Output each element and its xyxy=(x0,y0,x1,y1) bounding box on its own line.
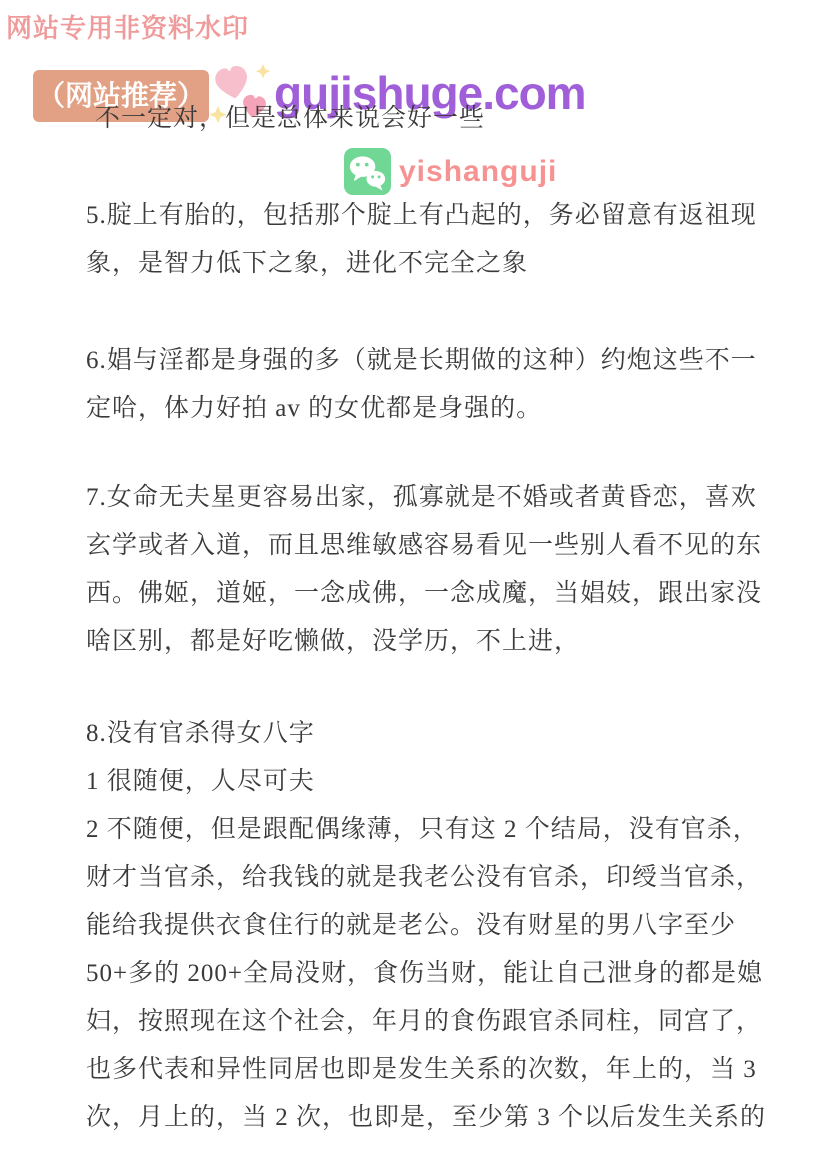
text-line: 5.腚上有胎的，包括那个腚上有凸起的，务必留意有返祖现 xyxy=(86,192,746,240)
text-line: 7.女命无夫星更容易出家，孤寡就是不婚或者黄昏恋，喜欢 xyxy=(86,474,746,522)
text-line: 西。佛姬，道姬，一念成佛，一念成魔，当娼妓，跟出家没 xyxy=(86,570,746,618)
text-line: 50+多的 200+全局没财，食伤当财，能让自己泄身的都是媳 xyxy=(86,950,746,998)
text-line: 也多代表和异性同居也即是发生关系的次数，年上的，当 3 xyxy=(86,1046,746,1094)
wechat-icon xyxy=(344,148,391,195)
paragraph-6: 6.娼与淫都是身强的多（就是长期做的这种）约炮这些不一 定哈，体力好拍 av 的… xyxy=(86,337,746,433)
text-line: 玄学或者入道，而且思维敏感容易看见一些别人看不见的东 xyxy=(86,522,746,570)
scanned-document-page: { "watermark": { "top_text": "网站专用非资料水印"… xyxy=(0,0,822,1168)
text-line: 财才当官杀，给我钱的就是我老公没有官杀，印绶当官杀， xyxy=(86,854,746,902)
text-line: 定哈，体力好拍 av 的女优都是身强的。 xyxy=(86,385,746,433)
wechat-handle-text: yishanguji xyxy=(399,155,557,189)
watermark-text: 网站专用非资料水印 xyxy=(6,8,249,45)
text-line: 象，是智力低下之象，进化不完全之象 xyxy=(86,240,746,288)
text-line: 啥区别，都是好吃懒做，没学历，不上进， xyxy=(86,618,746,666)
wechat-watermark: yishanguji xyxy=(344,148,557,195)
paragraph-7: 7.女命无夫星更容易出家，孤寡就是不婚或者黄昏恋，喜欢 玄学或者入道，而且思维敏… xyxy=(86,474,746,666)
text-line: 2 不随便，但是跟配偶缘薄，只有这 2 个结局，没有官杀， xyxy=(86,806,746,854)
text-line: 次，月上的，当 2 次，也即是，至少第 3 个以后发生关系的 xyxy=(86,1094,746,1142)
intro-text-line: 不一定对，但是总体来说会好一些 xyxy=(95,98,485,134)
text-line: 1 很随便，人尽可夫 xyxy=(86,758,746,806)
paragraph-8: 8.没有官杀得女八字 1 很随便，人尽可夫 2 不随便，但是跟配偶缘薄，只有这 … xyxy=(86,710,746,1142)
text-line: 能给我提供衣食住行的就是老公。没有财星的男八字至少 xyxy=(86,902,746,950)
text-line: 6.娼与淫都是身强的多（就是长期做的这种）约炮这些不一 xyxy=(86,337,746,385)
text-line: 妇，按照现在这个社会，年月的食伤跟官杀同柱，同宫了， xyxy=(86,998,746,1046)
paragraph-5: 5.腚上有胎的，包括那个腚上有凸起的，务必留意有返祖现 象，是智力低下之象，进化… xyxy=(86,192,746,288)
text-line: 8.没有官杀得女八字 xyxy=(86,710,746,758)
